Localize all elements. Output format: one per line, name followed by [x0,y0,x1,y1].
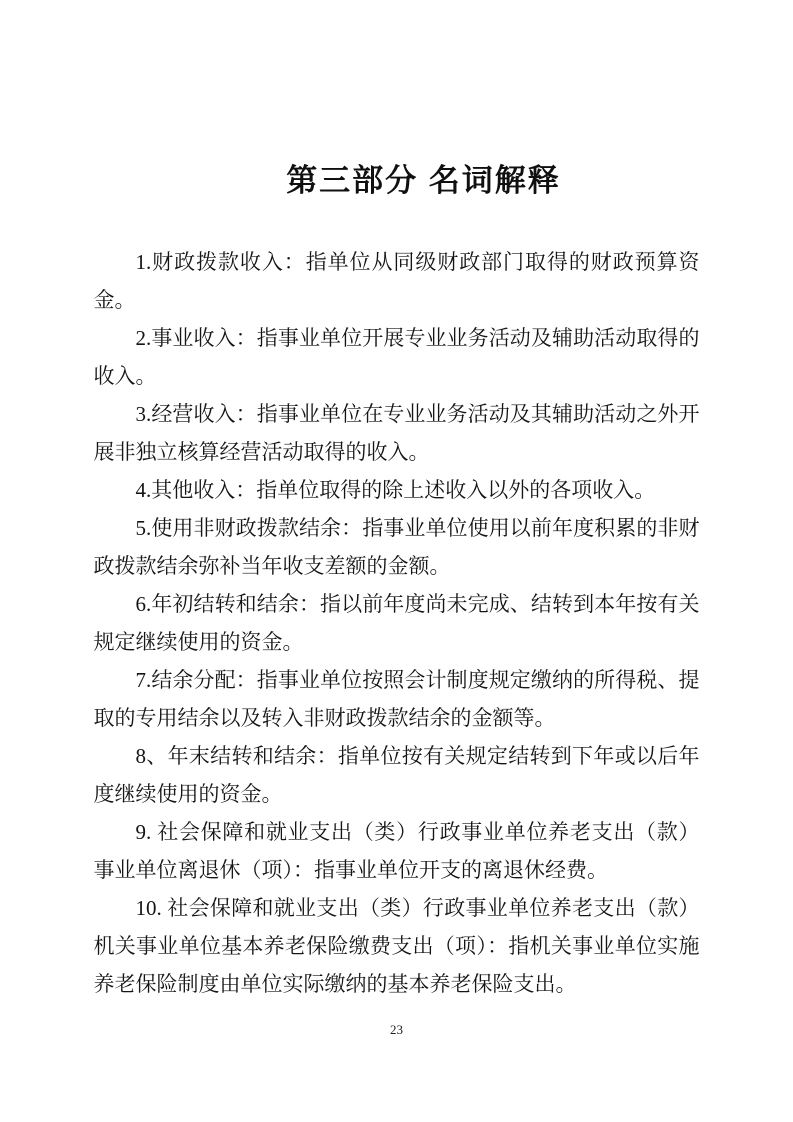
page-title: 第三部分 名词解释 [0,21,793,201]
definition-paragraph: 1.财政拨款收入：指单位从同级财政部门取得的财政预算资金。 [94,243,700,319]
document-page: 第三部分 名词解释 1.财政拨款收入：指单位从同级财政部门取得的财政预算资金。 … [0,0,793,1122]
definition-paragraph: 4.其他收入：指单位取得的除上述收入以外的各项收入。 [94,471,700,509]
page-number: 23 [0,1022,793,1038]
definition-paragraph: 3.经营收入：指事业单位在专业业务活动及其辅助活动之外开展非独立核算经营活动取得… [94,395,700,471]
definition-paragraph: 6.年初结转和结余：指以前年度尚未完成、结转到本年按有关规定继续使用的资金。 [94,585,700,661]
definition-paragraph: 10. 社会保障和就业支出（类）行政事业单位养老支出（款）机关事业单位基本养老保… [94,889,700,1003]
definition-paragraph: 9. 社会保障和就业支出（类）行政事业单位养老支出（款）事业单位离退休（项）：指… [94,813,700,889]
definition-paragraph: 2.事业收入：指事业单位开展专业业务活动及辅助活动取得的收入。 [94,319,700,395]
definition-paragraph: 7.结余分配：指事业单位按照会计制度规定缴纳的所得税、提取的专用结余以及转入非财… [94,661,700,737]
definition-paragraph: 8、年末结转和结余：指单位按有关规定结转到下年或以后年度继续使用的资金。 [94,737,700,813]
definitions-section: 1.财政拨款收入：指单位从同级财政部门取得的财政预算资金。 2.事业收入：指事业… [94,243,700,1003]
definition-paragraph: 5.使用非财政拨款结余：指事业单位使用以前年度积累的非财政拨款结余弥补当年收支差… [94,509,700,585]
